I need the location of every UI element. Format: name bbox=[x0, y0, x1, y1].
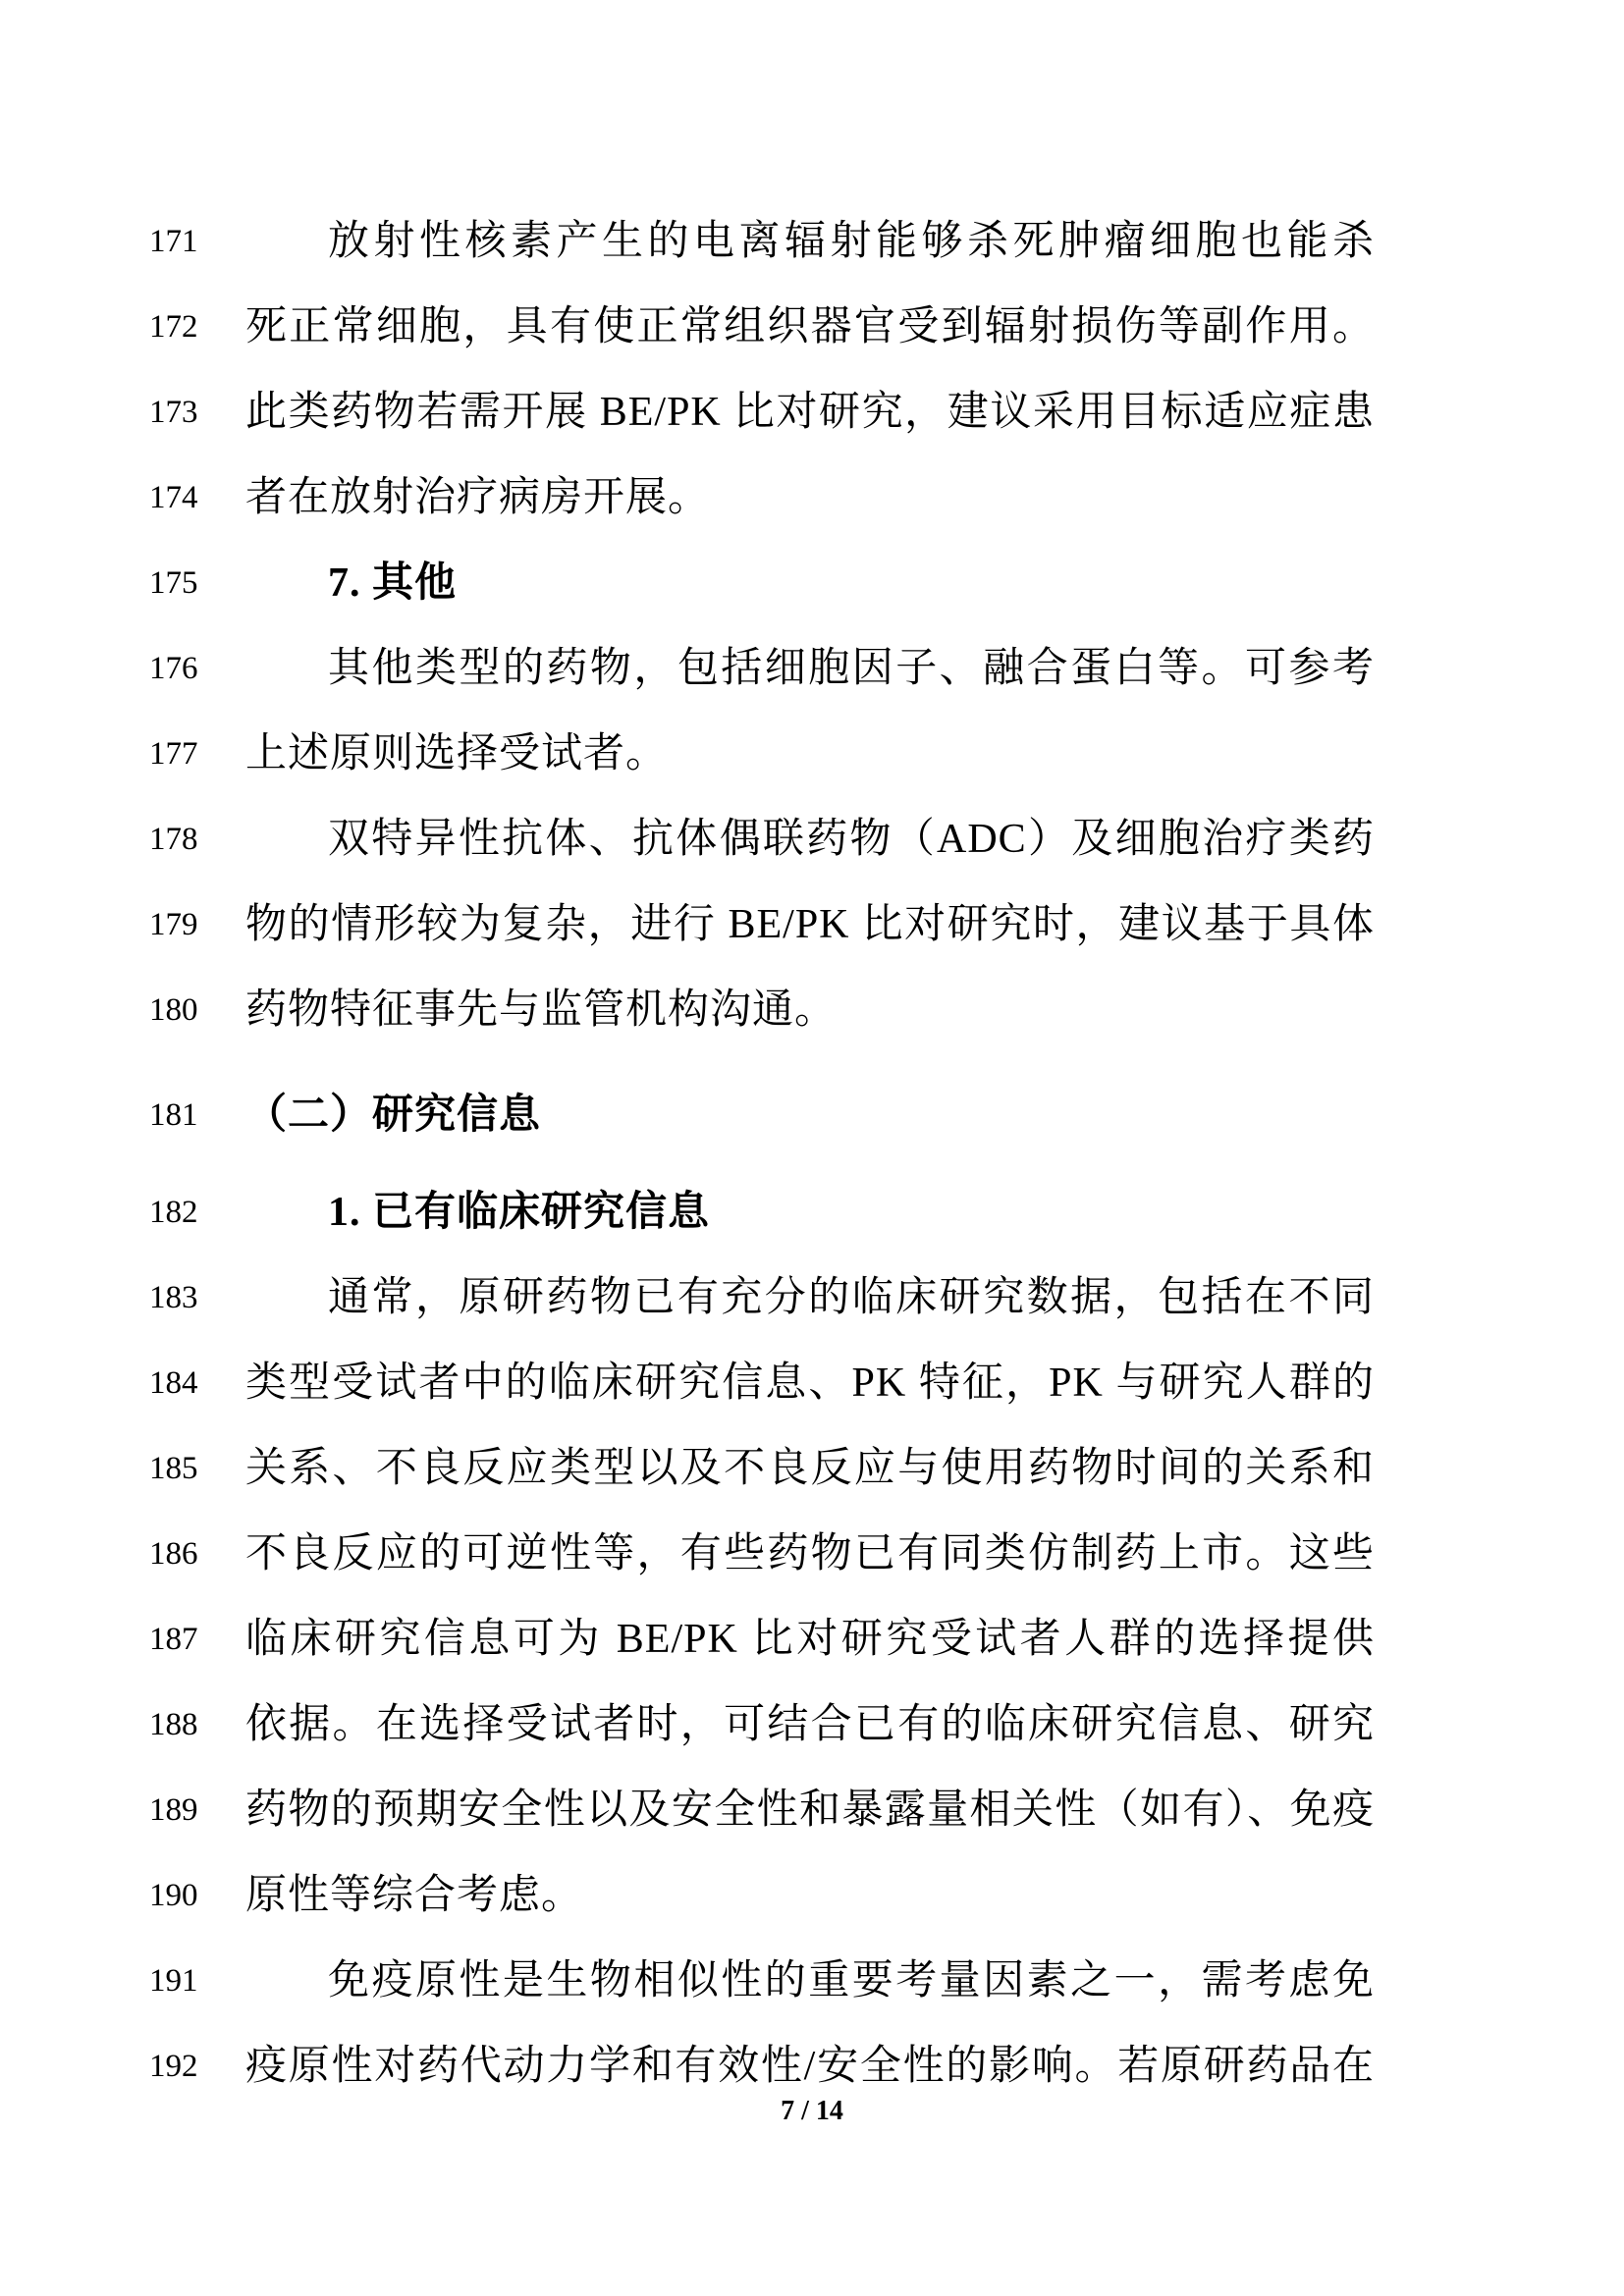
line-number: 179 bbox=[149, 882, 228, 968]
line-number: 182 bbox=[149, 1170, 228, 1255]
line-text: 死正常细胞，具有使正常组织器官受到辐射损伤等副作用。 bbox=[245, 285, 1375, 370]
document-line: 186 不良反应的可逆性等，有些药物已有同类仿制药上市。这些 bbox=[0, 1512, 1624, 1597]
document-line: 172 死正常细胞，具有使正常组织器官受到辐射损伤等副作用。 bbox=[0, 285, 1624, 370]
line-number: 175 bbox=[149, 541, 228, 626]
document-line: 173 此类药物若需开展 BE/PK 比对研究，建议采用目标适应症患 bbox=[0, 370, 1624, 455]
line-text: 物的情形较为复杂，进行 BE/PK 比对研究时，建议基于具体 bbox=[245, 882, 1375, 968]
document-line: 185 关系、不良反应类型以及不良反应与使用药物时间的关系和 bbox=[0, 1426, 1624, 1512]
line-text: 通常，原研药物已有充分的临床研究数据，包括在不同 bbox=[245, 1255, 1375, 1341]
document-page: 171 放射性核素产生的电离辐射能够杀死肿瘤细胞也能杀 172 死正常细胞，具有… bbox=[0, 0, 1624, 2296]
line-number: 177 bbox=[149, 712, 228, 797]
line-text: 放射性核素产生的电离辐射能够杀死肿瘤细胞也能杀 bbox=[245, 199, 1375, 285]
document-line: 181 （二）研究信息 bbox=[0, 1073, 1624, 1158]
document-line: 187 临床研究信息可为 BE/PK 比对研究受试者人群的选择提供 bbox=[0, 1597, 1624, 1682]
line-number: 174 bbox=[149, 455, 228, 541]
line-text: 依据。在选择受试者时，可结合已有的临床研究信息、研究 bbox=[245, 1682, 1375, 1768]
section-heading: （二）研究信息 bbox=[245, 1073, 1375, 1158]
document-line: 182 1. 已有临床研究信息 bbox=[0, 1170, 1624, 1255]
document-line: 175 7. 其他 bbox=[0, 541, 1624, 626]
line-number: 184 bbox=[149, 1341, 228, 1426]
line-text: 此类药物若需开展 BE/PK 比对研究，建议采用目标适应症患 bbox=[245, 370, 1375, 455]
document-line: 183 通常，原研药物已有充分的临床研究数据，包括在不同 bbox=[0, 1255, 1624, 1341]
document-line: 179 物的情形较为复杂，进行 BE/PK 比对研究时，建议基于具体 bbox=[0, 882, 1624, 968]
line-text: 药物特征事先与监管机构沟通。 bbox=[245, 968, 1375, 1053]
line-text: 免疫原性是生物相似性的重要考量因素之一，需考虑免 bbox=[245, 1939, 1375, 2024]
document-body: 171 放射性核素产生的电离辐射能够杀死肿瘤细胞也能杀 172 死正常细胞，具有… bbox=[0, 199, 1624, 2109]
section-heading: 1. 已有临床研究信息 bbox=[245, 1170, 1375, 1255]
page-number: 7 / 14 bbox=[0, 2068, 1624, 2154]
document-line: 191 免疫原性是生物相似性的重要考量因素之一，需考虑免 bbox=[0, 1939, 1624, 2024]
line-number: 187 bbox=[149, 1597, 228, 1682]
line-number: 186 bbox=[149, 1512, 228, 1597]
line-text: 者在放射治疗病房开展。 bbox=[245, 455, 1375, 541]
line-number: 191 bbox=[149, 1939, 228, 2024]
line-number: 178 bbox=[149, 797, 228, 882]
line-number: 181 bbox=[149, 1073, 228, 1158]
line-text: 双特异性抗体、抗体偶联药物（ADC）及细胞治疗类药 bbox=[245, 797, 1375, 882]
document-line: 174 者在放射治疗病房开展。 bbox=[0, 455, 1624, 541]
line-number: 172 bbox=[149, 285, 228, 370]
line-number: 173 bbox=[149, 370, 228, 455]
document-line: 177 上述原则选择受试者。 bbox=[0, 712, 1624, 797]
line-number: 190 bbox=[149, 1853, 228, 1939]
document-line: 178 双特异性抗体、抗体偶联药物（ADC）及细胞治疗类药 bbox=[0, 797, 1624, 882]
document-line: 184 类型受试者中的临床研究信息、PK 特征，PK 与研究人群的 bbox=[0, 1341, 1624, 1426]
line-text: 其他类型的药物，包括细胞因子、融合蛋白等。可参考 bbox=[245, 626, 1375, 712]
line-text: 药物的预期安全性以及安全性和暴露量相关性（如有）、免疫 bbox=[245, 1768, 1375, 1853]
line-text: 关系、不良反应类型以及不良反应与使用药物时间的关系和 bbox=[245, 1426, 1375, 1512]
document-line: 189 药物的预期安全性以及安全性和暴露量相关性（如有）、免疫 bbox=[0, 1768, 1624, 1853]
line-number: 189 bbox=[149, 1768, 228, 1853]
document-line: 176 其他类型的药物，包括细胞因子、融合蛋白等。可参考 bbox=[0, 626, 1624, 712]
line-text: 临床研究信息可为 BE/PK 比对研究受试者人群的选择提供 bbox=[245, 1597, 1375, 1682]
line-text: 不良反应的可逆性等，有些药物已有同类仿制药上市。这些 bbox=[245, 1512, 1375, 1597]
line-number: 171 bbox=[149, 199, 228, 285]
line-number: 176 bbox=[149, 626, 228, 712]
line-text: 上述原则选择受试者。 bbox=[245, 712, 1375, 797]
document-line: 188 依据。在选择受试者时，可结合已有的临床研究信息、研究 bbox=[0, 1682, 1624, 1768]
section-heading: 7. 其他 bbox=[245, 541, 1375, 626]
line-number: 188 bbox=[149, 1682, 228, 1768]
document-line: 171 放射性核素产生的电离辐射能够杀死肿瘤细胞也能杀 bbox=[0, 199, 1624, 285]
line-number: 183 bbox=[149, 1255, 228, 1341]
document-line: 190 原性等综合考虑。 bbox=[0, 1853, 1624, 1939]
line-number: 185 bbox=[149, 1426, 228, 1512]
document-line: 180 药物特征事先与监管机构沟通。 bbox=[0, 968, 1624, 1053]
line-number: 180 bbox=[149, 968, 228, 1053]
line-text: 原性等综合考虑。 bbox=[245, 1853, 1375, 1939]
line-text: 类型受试者中的临床研究信息、PK 特征，PK 与研究人群的 bbox=[245, 1341, 1375, 1426]
